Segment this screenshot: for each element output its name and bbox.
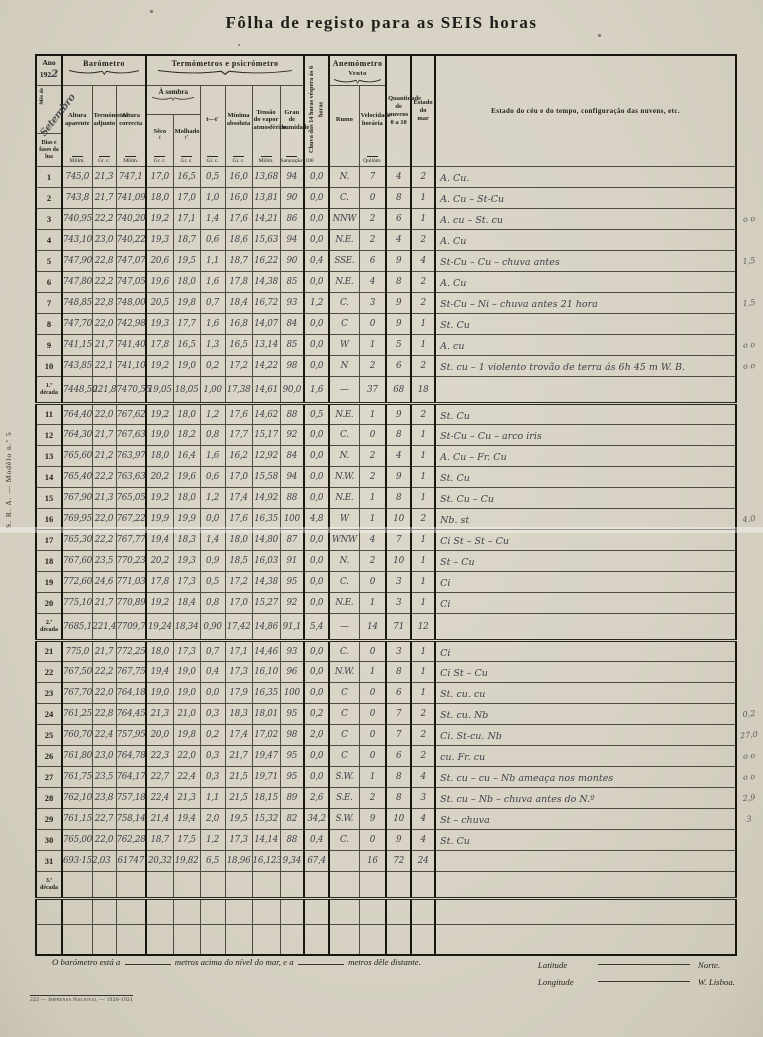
- value-cell: 14,14: [252, 830, 280, 851]
- value-cell: 22,4: [92, 725, 116, 746]
- value-cell: [200, 925, 225, 955]
- value-cell: 34,2: [304, 809, 329, 830]
- value-cell: 94: [280, 467, 304, 488]
- value-cell: 762,10: [62, 788, 92, 809]
- value-cell: 19,9: [146, 509, 173, 530]
- value-cell: 763,63: [116, 467, 146, 488]
- value-cell: 4: [411, 830, 435, 851]
- value-cell: 8: [386, 662, 411, 683]
- value-cell: 0,0: [304, 335, 329, 356]
- value-cell: 19,0: [146, 425, 173, 446]
- value-cell: 16,10: [252, 662, 280, 683]
- day-row: 17765,3022,2767,7719,418,31,418,014,8087…: [36, 530, 736, 551]
- value-cell: [386, 872, 411, 899]
- value-cell: 90,0: [280, 377, 304, 404]
- sky-description: St. cu. cu: [440, 689, 485, 700]
- value-cell: 16,2: [225, 446, 252, 467]
- sky-description: Ci. St-cu. Nb: [440, 731, 502, 742]
- value-cell: 0,9: [200, 551, 225, 572]
- fill-in-blank: [125, 957, 171, 965]
- value-cell: 17,9: [225, 683, 252, 704]
- sky-description-cell: St. cu – 1 violento trovão de terra ás 6…: [435, 356, 736, 377]
- value-cell: 18,3: [225, 704, 252, 725]
- value-cell: 21,7: [92, 641, 116, 662]
- value-cell: 94: [280, 167, 304, 188]
- value-cell: 4: [386, 230, 411, 251]
- decade-summary-row: 1.ª década7448,50221,87470,5519,0518,051…: [36, 377, 736, 404]
- value-cell: 17,0: [173, 188, 200, 209]
- value-cell: 96: [280, 662, 304, 683]
- value-cell: 0: [359, 704, 386, 725]
- year-prefix: 192: [40, 70, 51, 79]
- value-cell: 17,8: [146, 572, 173, 593]
- value-cell: 22,7: [146, 767, 173, 788]
- day-number: 19: [36, 572, 62, 593]
- value-cell: 1,6: [200, 272, 225, 293]
- wind-direction-header: Rumo: [329, 85, 359, 167]
- value-cell: 16,72: [252, 293, 280, 314]
- value-cell: 1: [411, 572, 435, 593]
- value-cell: 22,2: [92, 662, 116, 683]
- value-cell: 92: [280, 593, 304, 614]
- value-cell: 0: [359, 188, 386, 209]
- value-cell: 17,1: [173, 209, 200, 230]
- cloud-quantity-header: Quantidade de nuvens 0 a 10: [386, 55, 411, 167]
- day-row: 19772,6024,6771,0317,817,30,517,214,3895…: [36, 572, 736, 593]
- value-cell: 7685,1: [62, 614, 92, 641]
- value-cell: 8: [386, 425, 411, 446]
- value-cell: 0,6: [200, 230, 225, 251]
- value-cell: 764,17: [116, 767, 146, 788]
- value-cell: 19,0: [173, 356, 200, 377]
- vapor-tension-unit: Milím.: [253, 156, 280, 164]
- value-cell: 745,0: [62, 167, 92, 188]
- value-cell: [386, 925, 411, 955]
- register-sheet: Fôlha de registo para as SEIS horas S. R…: [0, 0, 763, 1037]
- value-cell: 17,6: [225, 209, 252, 230]
- value-cell: [173, 872, 200, 899]
- value-cell: 7470,55: [116, 377, 146, 404]
- paper-speck: [150, 10, 153, 13]
- value-cell: 763,97: [116, 446, 146, 467]
- value-cell: 20,2: [146, 551, 173, 572]
- value-cell: [62, 872, 92, 899]
- value-cell: 100: [280, 683, 304, 704]
- day-row: 13765,6021,2763,9718,016,41,616,212,9284…: [36, 446, 736, 467]
- value-cell: 19,05: [146, 377, 173, 404]
- sky-description: Ci St – St – Cu: [440, 536, 509, 547]
- day-moonphase-label: Dias e fases da lua: [37, 134, 61, 166]
- day-row: 22767,5022,2767,7519,419,00,417,316,1096…: [36, 662, 736, 683]
- value-cell: 6: [386, 683, 411, 704]
- sky-description-cell: A. Cu.: [435, 167, 736, 188]
- value-cell: 2: [411, 704, 435, 725]
- value-cell: 0,2: [200, 356, 225, 377]
- value-cell: 743,8: [62, 188, 92, 209]
- value-cell: 17,3: [225, 662, 252, 683]
- coordinates-block: Latitude Norte. Longitude W. Lisboa.: [538, 957, 735, 990]
- value-cell: 5: [386, 335, 411, 356]
- value-cell: N.W.: [329, 467, 359, 488]
- value-cell: 17,0: [225, 593, 252, 614]
- day-row: 9741,1521,7741,4017,816,51,316,513,14850…: [36, 335, 736, 356]
- attached-thermometer-header: Termómetro adjunto Gr. c.: [92, 85, 116, 167]
- value-cell: 18,01: [252, 704, 280, 725]
- value-cell: 0,3: [200, 704, 225, 725]
- value-cell: 24: [411, 851, 435, 872]
- value-cell: 95: [280, 704, 304, 725]
- value-cell: [146, 925, 173, 955]
- sky-description: St. Cu: [440, 836, 470, 847]
- value-cell: N.E.: [329, 593, 359, 614]
- value-cell: 95: [280, 746, 304, 767]
- wind-direction-label: Rumo: [336, 116, 353, 123]
- empty-row: [36, 899, 736, 925]
- value-cell: 2,0: [200, 809, 225, 830]
- value-cell: 17,8: [225, 272, 252, 293]
- latitude-suffix: Norte.: [692, 957, 720, 974]
- value-cell: 7448,50: [62, 377, 92, 404]
- footer: O barómetro está a metros acima do nível…: [52, 957, 735, 990]
- value-cell: 764,18: [116, 683, 146, 704]
- value-cell: [304, 925, 329, 955]
- year-label: Ano: [42, 58, 55, 67]
- value-cell: [225, 872, 252, 899]
- value-cell: 95: [280, 767, 304, 788]
- value-cell: C.: [329, 572, 359, 593]
- value-cell: 17,7: [173, 314, 200, 335]
- day-row: 31693·152,036174720,3219,826,518,9616,12…: [36, 851, 736, 872]
- value-cell: 2: [411, 230, 435, 251]
- sky-description: St. cu – Nb – chuva antes do N.º: [440, 794, 595, 805]
- day-number: 28: [36, 788, 62, 809]
- sky-description: St-Cu – Ni – chuva antes 21 hora: [440, 299, 598, 310]
- value-cell: C.: [329, 830, 359, 851]
- value-cell: 16,8: [225, 314, 252, 335]
- value-cell: 6: [359, 251, 386, 272]
- value-cell: N.: [329, 167, 359, 188]
- value-cell: 0,0: [304, 230, 329, 251]
- value-cell: 98: [280, 356, 304, 377]
- day-number: 17: [36, 530, 62, 551]
- value-cell: 17,6: [225, 404, 252, 425]
- sky-description-cell: A. Cu – St-Cu: [435, 188, 736, 209]
- value-cell: 6: [386, 209, 411, 230]
- sky-description: St. Cu: [440, 411, 470, 422]
- paper-speck: [598, 34, 601, 37]
- value-cell: 3: [359, 293, 386, 314]
- value-cell: N.: [329, 551, 359, 572]
- t-minus-t-unit: Gr. c.: [201, 156, 225, 164]
- day-number: 11: [36, 404, 62, 425]
- day-number: 3: [36, 209, 62, 230]
- value-cell: 0,0: [304, 167, 329, 188]
- value-cell: C.: [329, 293, 359, 314]
- value-cell: 12: [411, 614, 435, 641]
- barometer-note-b: metros acima do nível do mar, e a: [175, 957, 294, 967]
- value-cell: 61747: [116, 851, 146, 872]
- value-cell: 19,0: [173, 662, 200, 683]
- value-cell: 0: [359, 641, 386, 662]
- value-cell: 17,2: [225, 356, 252, 377]
- value-cell: 740,95: [62, 209, 92, 230]
- value-cell: 770,23: [116, 551, 146, 572]
- value-cell: [359, 925, 386, 955]
- value-cell: W: [329, 335, 359, 356]
- sky-description: A. Cu – Fr. Cu: [440, 452, 507, 463]
- value-cell: N.W.: [329, 662, 359, 683]
- value-cell: N.E.: [329, 230, 359, 251]
- value-cell: 17,2: [225, 572, 252, 593]
- sky-description-cell: St – chuva3: [435, 809, 736, 830]
- sky-description-cell: [435, 851, 736, 872]
- value-cell: 764,40: [62, 404, 92, 425]
- value-cell: 758,14: [116, 809, 146, 830]
- value-cell: 94: [280, 230, 304, 251]
- decade-summary-row: 2.ª década7685,1221,47709,719,2418,340,9…: [36, 614, 736, 641]
- value-cell: 84: [280, 314, 304, 335]
- value-cell: 17,4: [225, 488, 252, 509]
- sky-description: A. Cu: [440, 236, 466, 247]
- value-cell: 17,42: [225, 614, 252, 641]
- value-cell: 6,5: [200, 851, 225, 872]
- value-cell: 21,5: [225, 788, 252, 809]
- value-cell: 767,70: [62, 683, 92, 704]
- value-cell: 775,10: [62, 593, 92, 614]
- corrected-height-header: Altura correcta Milím.: [116, 85, 146, 167]
- value-cell: C: [329, 725, 359, 746]
- day-number: 31: [36, 851, 62, 872]
- value-cell: 17,1: [225, 641, 252, 662]
- value-cell: 18,5: [225, 551, 252, 572]
- day-row: 25760,7022,4757,9520,019,80,217,417,0298…: [36, 725, 736, 746]
- value-cell: 693·152,03: [62, 851, 92, 872]
- value-cell: 10: [386, 809, 411, 830]
- value-cell: 5,4: [304, 614, 329, 641]
- value-cell: 4: [359, 272, 386, 293]
- value-cell: 1,2: [200, 404, 225, 425]
- sky-description-cell: [435, 872, 736, 899]
- attached-thermometer-unit: Gr. c.: [93, 156, 116, 164]
- value-cell: C: [329, 683, 359, 704]
- value-cell: 86: [280, 209, 304, 230]
- sky-description-cell: A. cu – St. cuo o: [435, 209, 736, 230]
- value-cell: N.: [329, 446, 359, 467]
- value-cell: 21,5: [225, 767, 252, 788]
- value-cell: 19,0: [146, 683, 173, 704]
- value-cell: 92: [280, 425, 304, 446]
- day-number: 1.ª década: [36, 377, 62, 404]
- value-cell: 0,0: [304, 356, 329, 377]
- value-cell: 0,4: [200, 662, 225, 683]
- sky-description-cell: St. cu – Nb – chuva antes do N.º2,9: [435, 788, 736, 809]
- value-cell: C: [329, 314, 359, 335]
- value-cell: 767,62: [116, 404, 146, 425]
- value-cell: 19,3: [146, 314, 173, 335]
- value-cell: 1: [411, 335, 435, 356]
- value-cell: 1: [411, 425, 435, 446]
- value-cell: 15,32: [252, 809, 280, 830]
- value-cell: 21,7: [92, 425, 116, 446]
- brace-decoration: [152, 96, 194, 101]
- value-cell: 743,85: [62, 356, 92, 377]
- value-cell: 19,2: [146, 488, 173, 509]
- value-cell: [252, 925, 280, 955]
- day-number: 20: [36, 593, 62, 614]
- sky-description-cell: [435, 614, 736, 641]
- value-cell: 2: [359, 446, 386, 467]
- value-cell: 2: [359, 356, 386, 377]
- value-cell: 21,2: [92, 446, 116, 467]
- value-cell: 20,6: [146, 251, 173, 272]
- value-cell: 17,3: [173, 641, 200, 662]
- value-cell: 764,30: [62, 425, 92, 446]
- value-cell: 23,5: [92, 767, 116, 788]
- value-cell: 18,96: [225, 851, 252, 872]
- value-cell: 21,7: [92, 593, 116, 614]
- apparent-height-label: Altura aparente: [65, 112, 89, 127]
- page-title: Fôlha de registo para as SEIS horas: [0, 13, 763, 33]
- month-label: Mês de: [39, 88, 45, 105]
- longitude-suffix: W. Lisboa.: [692, 974, 735, 991]
- value-cell: 2: [359, 788, 386, 809]
- sky-description: St. cu. Nb: [440, 710, 488, 721]
- value-cell: 72: [386, 851, 411, 872]
- value-cell: 14,80: [252, 530, 280, 551]
- value-cell: 19,2: [146, 356, 173, 377]
- value-cell: 2: [411, 404, 435, 425]
- value-cell: 747,70: [62, 314, 92, 335]
- value-cell: 771,03: [116, 572, 146, 593]
- value-cell: 13,68: [252, 167, 280, 188]
- value-cell: 90: [280, 251, 304, 272]
- margin-annotation: 1,5: [736, 297, 763, 309]
- value-cell: 19,6: [146, 272, 173, 293]
- value-cell: 88: [280, 830, 304, 851]
- value-cell: 4: [411, 251, 435, 272]
- value-cell: 741,40: [116, 335, 146, 356]
- value-cell: 1,1: [200, 251, 225, 272]
- value-cell: 0,8: [200, 593, 225, 614]
- value-cell: 19,2: [146, 209, 173, 230]
- value-cell: 18,0: [146, 446, 173, 467]
- day-row: 7748,8522,8748,0020,519,80,718,416,72931…: [36, 293, 736, 314]
- value-cell: C: [329, 746, 359, 767]
- sky-state-header: Estado do céu e do tempo, configuração d…: [435, 55, 736, 167]
- margin-annotation: o o: [736, 771, 763, 783]
- wet-bulb-label: Molhado: [175, 128, 200, 135]
- margin-annotation: 1,5: [736, 255, 763, 267]
- value-cell: 15,27: [252, 593, 280, 614]
- value-cell: 2: [411, 293, 435, 314]
- day-number: 2.ª década: [36, 614, 62, 641]
- value-cell: 0,0: [304, 425, 329, 446]
- value-cell: 1: [411, 209, 435, 230]
- value-cell: 761,75: [62, 767, 92, 788]
- sky-description: Nb. st: [440, 515, 469, 526]
- day-number: 6: [36, 272, 62, 293]
- wet-bulb-header: Molhado t′ Gr. c.: [173, 115, 200, 167]
- value-cell: 21,3: [92, 488, 116, 509]
- value-cell: 14,46: [252, 641, 280, 662]
- value-cell: 19,6: [173, 467, 200, 488]
- day-number: 13: [36, 446, 62, 467]
- value-cell: 757,18: [116, 788, 146, 809]
- value-cell: 765,40: [62, 467, 92, 488]
- value-cell: 9: [386, 467, 411, 488]
- value-cell: 17,4: [225, 725, 252, 746]
- sky-description-cell: St. cu – cu – Nb ameaça nos monteso o: [435, 767, 736, 788]
- value-cell: 20,2: [146, 467, 173, 488]
- value-cell: 765,05: [116, 488, 146, 509]
- sea-state-header: Estado do mar: [411, 55, 435, 167]
- sky-description-cell: Ci: [435, 593, 736, 614]
- sky-description-cell: [435, 377, 736, 404]
- value-cell: 18,2: [173, 425, 200, 446]
- day-number: [36, 899, 62, 925]
- sky-description-cell: St-Cu – Ni – chuva antes 21 hora1,5: [435, 293, 736, 314]
- thermometer-group-label: Termómetros e psicrómetro: [172, 59, 279, 68]
- day-number: 1: [36, 167, 62, 188]
- value-cell: 0,0: [304, 551, 329, 572]
- value-cell: 10: [386, 509, 411, 530]
- value-cell: 18,05: [173, 377, 200, 404]
- apparent-height-header: Altura aparente Milím.: [62, 85, 92, 167]
- day-row: 8747,7022,0742,9819,317,71,616,814,07840…: [36, 314, 736, 335]
- value-cell: 9: [386, 830, 411, 851]
- value-cell: 19,5: [225, 809, 252, 830]
- decade-summary-row: 3.ª década: [36, 872, 736, 899]
- value-cell: 2: [411, 167, 435, 188]
- value-cell: N.E.: [329, 272, 359, 293]
- value-cell: 1: [411, 683, 435, 704]
- value-cell: 17,7: [225, 425, 252, 446]
- value-cell: 22,7: [92, 809, 116, 830]
- value-cell: 21,3: [92, 167, 116, 188]
- sky-description: St. cu – 1 violento trovão de terra ás 6…: [440, 362, 685, 373]
- day-number: 10: [36, 356, 62, 377]
- value-cell: [146, 899, 173, 925]
- value-cell: 0,0: [304, 188, 329, 209]
- value-cell: 1: [411, 314, 435, 335]
- day-number: 22: [36, 662, 62, 683]
- value-cell: 2,6: [304, 788, 329, 809]
- value-cell: C: [329, 704, 359, 725]
- value-cell: 23,5: [92, 551, 116, 572]
- value-cell: 17,3: [225, 830, 252, 851]
- value-cell: 19,71: [252, 767, 280, 788]
- day-row: 16769,9522,0767,2219,919,90,017,616,3510…: [36, 509, 736, 530]
- day-row: 12764,3021,7767,6319,018,20,817,715,1792…: [36, 425, 736, 446]
- value-cell: 23,0: [92, 746, 116, 767]
- value-cell: [329, 925, 359, 955]
- sky-description: St – chuva: [440, 815, 490, 826]
- value-cell: 13,81: [252, 188, 280, 209]
- value-cell: 19,4: [173, 809, 200, 830]
- value-cell: 764,78: [116, 746, 146, 767]
- value-cell: 2: [411, 356, 435, 377]
- value-cell: 18,0: [146, 641, 173, 662]
- sky-description-cell: [435, 899, 736, 925]
- value-cell: 18,0: [173, 488, 200, 509]
- value-cell: 0,0: [304, 662, 329, 683]
- value-cell: 12,92: [252, 446, 280, 467]
- value-cell: —: [329, 377, 359, 404]
- humidity-degree-unit: Saturação=100: [281, 156, 304, 164]
- day-number: 27: [36, 767, 62, 788]
- value-cell: [280, 872, 304, 899]
- day-number: 4: [36, 230, 62, 251]
